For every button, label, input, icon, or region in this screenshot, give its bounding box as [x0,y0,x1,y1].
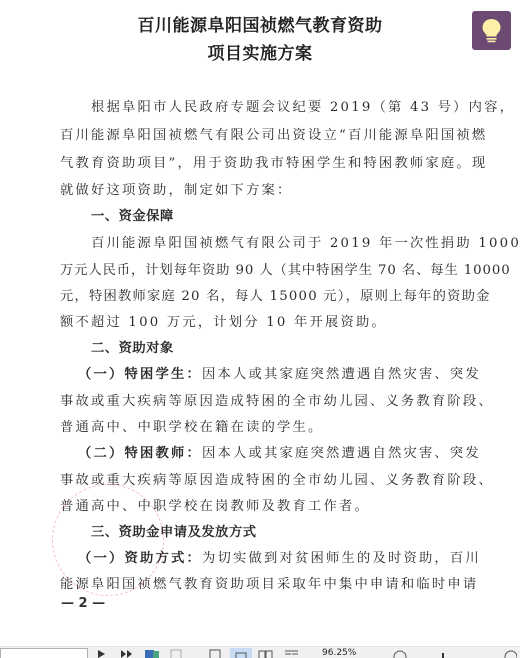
paragraph-line: 万元人民币，计划每年资助 90 人（其中特困学生 70 名、每生 10000 [60,259,460,278]
zoom-slider-thumb[interactable] [440,649,446,658]
paragraph-line: 元，特困教师家庭 20 名，每人 15000 元），原则上每年的资助金 [60,285,460,304]
hint-button[interactable] [472,11,511,50]
zoom-level: 96.25% [322,648,356,658]
paragraph-line: （二）特困教师：因本人或其家庭突然遭遇自然灾害、突发 [78,442,478,461]
single-page-icon[interactable] [209,649,221,658]
paragraph-line: （一）特困学生：因本人或其家庭突然遭遇自然灾害、突发 [78,363,478,382]
item-label: （一）特困学生： [78,367,202,382]
item-label: （一）资助方式： [78,551,202,566]
next-page-icon[interactable] [97,649,107,658]
continuous-page-button[interactable] [230,648,252,658]
paragraph-line: 能源阜阳国祯燃气教育资助项目采取年中集中申请和临时申请 [60,573,460,592]
paragraph-line: 百川能源阜阳国祯燃气有限公司于 2019 年一次性捐助 1000 [91,232,491,251]
export-icon[interactable] [144,649,160,658]
paragraph-line: （一）资助方式：为切实做到对贫困师生的及时资助，百川 [78,547,478,566]
section-heading-3: 三、资助金申请及发放方式 [91,521,491,540]
document-page: 百川能源阜阳国祯燃气教育资助 项目实施方案 根据阜阳市人民政府专题会议纪要 20… [0,0,520,640]
last-page-icon[interactable] [120,649,134,658]
section-heading-1: 一、资金保障 [91,205,491,224]
page-number: — 2 — [61,596,105,611]
grid-view-icon[interactable] [170,649,182,658]
paragraph-line: 普通高中、中职学校在岗教师及教育工作者。 [60,495,460,514]
paragraph-line: 普通高中、中职学校在籍在读的学生。 [60,416,460,435]
book-view-icon[interactable] [284,649,300,658]
section-heading-2: 二、资助对象 [91,337,491,356]
paragraph-line: 就做好这项资助，制定如下方案： [60,179,460,198]
paragraph-line: 气教育资助项目”，用于资助我市特困学生和特困教师家庭。现 [60,152,460,171]
document-title-line1: 百川能源阜阳国祯燃气教育资助 [0,11,520,36]
page-number-input[interactable] [0,648,88,658]
zoom-in-icon[interactable] [503,649,517,658]
continuous-page-icon [230,651,252,658]
paragraph-line: 事故或重大疾病等原因造成特困的全市幼儿园、义务教育阶段、 [60,469,460,488]
paragraph-line: 根据阜阳市人民政府专题会议纪要 2019（第 43 号）内容， [91,96,491,115]
viewer-toolbar: 96.25% [0,646,520,658]
zoom-out-icon[interactable] [393,649,407,658]
item-label: （二）特困教师： [78,446,202,461]
two-page-icon[interactable] [258,649,274,658]
paragraph-line: 事故或重大疾病等原因造成特困的全市幼儿园、义务教育阶段、 [60,390,460,409]
paragraph-line: 额不超过 100 万元，计划分 10 年开展资助。 [60,311,460,330]
paragraph-line: 百川能源阜阳国祯燃气有限公司出资设立“百川能源阜阳国祯燃 [60,124,460,143]
document-title-line2: 项目实施方案 [0,39,520,64]
lightbulb-icon [481,18,502,44]
